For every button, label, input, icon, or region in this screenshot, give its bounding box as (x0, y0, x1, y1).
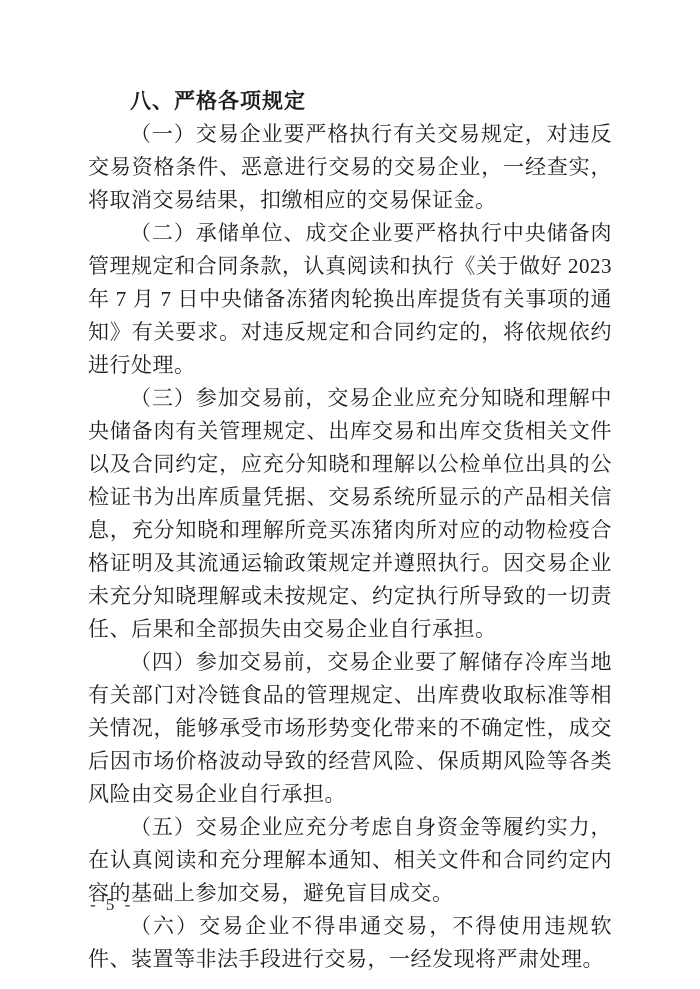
document-paragraph: （三）参加交易前，交易企业应充分知晓和理解中央储备肉有关管理规定、出库交易和出库… (88, 382, 612, 646)
section-heading: 八、严格各项规定 (88, 85, 612, 118)
page-number: - 5 - (90, 895, 133, 915)
document-paragraph: （二）承储单位、成交企业要严格执行中央储备肉管理规定和合同条款，认真阅读和执行《… (88, 217, 612, 382)
document-body: 八、严格各项规定 （一）交易企业要严格执行有关交易规定，对违反交易资格条件、恶意… (88, 85, 612, 976)
document-page: 八、严格各项规定 （一）交易企业要严格执行有关交易规定，对违反交易资格条件、恶意… (0, 0, 700, 989)
document-paragraph: （四）参加交易前，交易企业要了解储存冷库当地有关部门对冷链食品的管理规定、出库费… (88, 646, 612, 811)
document-paragraph: （一）交易企业要严格执行有关交易规定，对违反交易资格条件、恶意进行交易的交易企业… (88, 118, 612, 217)
document-paragraph: （六）交易企业不得串通交易，不得使用违规软件、装置等非法手段进行交易，一经发现将… (88, 910, 612, 976)
document-paragraph: （五）交易企业应充分考虑自身资金等履约实力，在认真阅读和充分理解本通知、相关文件… (88, 811, 612, 910)
